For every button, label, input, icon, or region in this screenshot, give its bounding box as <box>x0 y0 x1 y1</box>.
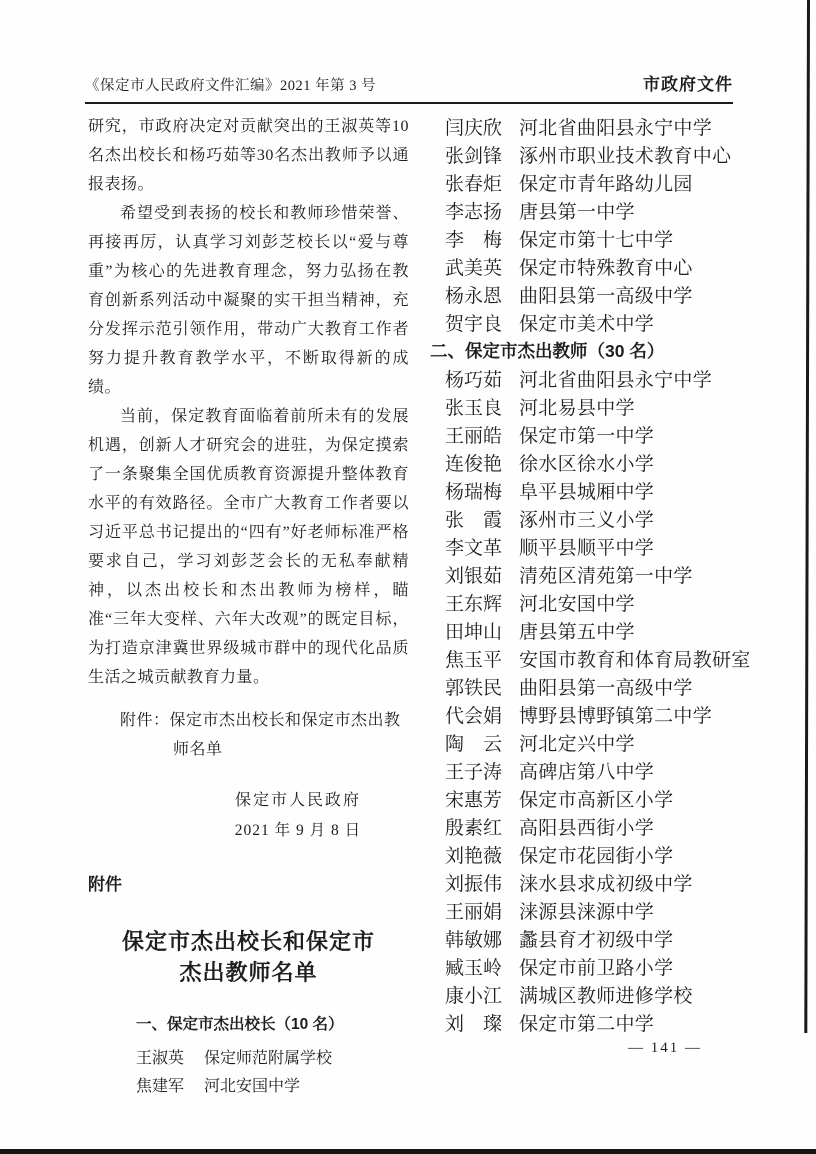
person-name: 焦玉平 <box>445 645 505 672</box>
document-page: 《保定市人民政府文件汇编》2021 年第 3 号 市政府文件 研究，市政府决定对… <box>0 0 816 1154</box>
school-name: 涿州市职业技术教育中心 <box>519 141 731 168</box>
roster-entry: 李文革 顺平县顺平中学 <box>445 532 750 560</box>
roster-entry: 臧玉岭 保定市前卫路小学 <box>445 952 750 980</box>
left-column: 研究，市政府决定对贡献突出的王淑英等10名杰出校长和杨巧茹等30名杰出教师予以通… <box>88 112 409 1098</box>
person-name: 刘 璨 <box>445 1009 505 1036</box>
roster-entry: 张 霞 涿州市三义小学 <box>445 504 750 532</box>
scan-artifact-right-edge <box>804 0 810 1033</box>
school-name: 保定市高新区小学 <box>519 785 673 812</box>
school-name: 曲阳县第一高级中学 <box>519 281 693 308</box>
person-name: 李志扬 <box>445 197 505 224</box>
person-name: 闫庆欣 <box>445 113 505 140</box>
attachment-note: 附件：保定市杰出校长和保定市杰出教师名单 <box>88 706 409 764</box>
person-name: 田坤山 <box>445 617 505 644</box>
school-name: 安国市教育和体育局教研室 <box>519 645 751 672</box>
school-name: 唐县第一中学 <box>519 197 635 224</box>
compilation-title: 《保定市人民政府文件汇编》2021 年第 3 号 <box>85 74 376 95</box>
school-name: 保定市第二中学 <box>519 1009 654 1036</box>
school-name: 河北安国中学 <box>519 589 635 616</box>
person-name: 张 霞 <box>445 505 505 532</box>
body-paragraph-opening: 研究，市政府决定对贡献突出的王淑英等10名杰出校长和杨巧茹等30名杰出教师予以通… <box>88 112 409 199</box>
school-name: 高阳县西街小学 <box>519 813 654 840</box>
roster-entry: 宋惠芳 保定市高新区小学 <box>445 784 750 812</box>
school-name: 涿州市三义小学 <box>519 505 654 532</box>
school-name: 高碑店第八中学 <box>519 757 654 784</box>
school-name: 保定市第一中学 <box>519 421 654 448</box>
roster-entry: 张春炬 保定市青年路幼儿园 <box>445 168 750 196</box>
roster-entry: 李志扬 唐县第一中学 <box>445 196 750 224</box>
roster-entry: 闫庆欣 河北省曲阳县永宁中学 <box>445 112 750 140</box>
appendix-title-line1: 保定市杰出校长和保定市 <box>88 926 409 957</box>
roster-entry: 焦建军 河北安国中学 <box>136 1070 409 1098</box>
school-name: 河北省曲阳县永宁中学 <box>519 113 712 140</box>
roster-entry: 李 梅 保定市第十七中学 <box>445 224 750 252</box>
roster-entry: 杨巧茹 河北省曲阳县永宁中学 <box>445 364 750 392</box>
person-name: 王丽皓 <box>445 421 505 448</box>
signature-date: 2021 年 9 月 8 日 <box>198 816 398 846</box>
person-name: 康小江 <box>445 981 505 1008</box>
person-name: 张玉良 <box>445 393 505 420</box>
school-name: 曲阳县第一高级中学 <box>519 673 693 700</box>
person-name: 杨瑞梅 <box>445 477 505 504</box>
roster-entry: 刘银茹 清苑区清苑第一中学 <box>445 560 750 588</box>
person-name: 连俊艳 <box>445 449 505 476</box>
person-name: 杨巧茹 <box>445 365 505 392</box>
roster-entry: 刘 璨 保定市第二中学 <box>445 1008 750 1036</box>
person-name: 殷素红 <box>445 813 505 840</box>
person-name: 李文革 <box>445 533 505 560</box>
school-name: 保定市青年路幼儿园 <box>519 169 693 196</box>
person-name: 刘艳薇 <box>445 841 505 868</box>
person-name: 焦建军 <box>136 1073 186 1096</box>
roster-entry: 陶 云 河北定兴中学 <box>445 728 750 756</box>
roster-entry: 王东辉 河北安国中学 <box>445 588 750 616</box>
page-number: — 141 — <box>628 1040 702 1057</box>
person-name: 张剑锋 <box>445 141 505 168</box>
roster-entry: 代会娟 博野县博野镇第二中学 <box>445 700 750 728</box>
person-name: 郭铁民 <box>445 673 505 700</box>
signature-block: 保定市人民政府 2021 年 9 月 8 日 <box>198 786 398 846</box>
appendix-title-line2: 杰出教师名单 <box>88 957 409 988</box>
roster-entry: 康小江 满城区教师进修学校 <box>445 980 750 1008</box>
roster-entry: 张玉良 河北易县中学 <box>445 392 750 420</box>
school-name: 保定市特殊教育中心 <box>519 253 693 280</box>
person-name: 代会娟 <box>445 701 505 728</box>
roster-entry: 王子涛 高碑店第八中学 <box>445 756 750 784</box>
roster-entry: 郭铁民 曲阳县第一高级中学 <box>445 672 750 700</box>
person-name: 宋惠芳 <box>445 785 505 812</box>
school-name: 保定市美术中学 <box>519 309 654 336</box>
school-name: 徐水区徐水小学 <box>519 449 654 476</box>
roster-entry: 田坤山 唐县第五中学 <box>445 616 750 644</box>
person-name: 刘银茹 <box>445 561 505 588</box>
roster-entry: 韩敏娜 蠡县育才初级中学 <box>445 924 750 952</box>
school-name: 河北易县中学 <box>519 393 635 420</box>
roster-entry: 王丽皓 保定市第一中学 <box>445 420 750 448</box>
body-paragraphs: 希望受到表扬的校长和教师珍惜荣誉、再接再厉，认真学习刘彭芝校长以“爱与尊重”为核… <box>88 199 409 692</box>
person-name: 王丽娟 <box>445 897 505 924</box>
appendix-title: 保定市杰出校长和保定市 杰出教师名单 <box>88 926 409 988</box>
scan-artifact-bottom-edge <box>0 1149 816 1154</box>
roster-entry: 焦玉平 安国市教育和体育局教研室 <box>445 644 750 672</box>
school-name: 唐县第五中学 <box>519 617 635 644</box>
roster-entry: 刘振伟 涞水县求成初级中学 <box>445 868 750 896</box>
roster-entry: 杨永恩 曲阳县第一高级中学 <box>445 280 750 308</box>
page-header: 《保定市人民政府文件汇编》2021 年第 3 号 市政府文件 <box>85 70 733 104</box>
person-name: 韩敏娜 <box>445 925 505 952</box>
teachers-list: 杨巧茹 河北省曲阳县永宁中学 张玉良 河北易县中学 王丽皓 保定市第一中学 连俊… <box>430 364 750 1036</box>
roster-entry: 张剑锋 涿州市职业技术教育中心 <box>445 140 750 168</box>
roster-entry: 杨瑞梅 阜平县城厢中学 <box>445 476 750 504</box>
section-heading-teachers: 二、保定市杰出教师（30 名） <box>430 336 750 364</box>
roster-entry: 连俊艳 徐水区徐水小学 <box>445 448 750 476</box>
school-name: 河北省曲阳县永宁中学 <box>519 365 712 392</box>
roster-entry: 王丽娟 涞源县涞源中学 <box>445 896 750 924</box>
person-name: 王淑英 <box>136 1045 186 1068</box>
school-name: 保定市前卫路小学 <box>519 953 673 980</box>
body-paragraph: 希望受到表扬的校长和教师珍惜荣誉、再接再厉，认真学习刘彭芝校长以“爱与尊重”为核… <box>88 199 409 402</box>
signature-issuer: 保定市人民政府 <box>198 786 398 816</box>
body-paragraph: 当前，保定教育面临着前所未有的发展机遇，创新人才研究会的进驻，为保定摸索了一条聚… <box>88 402 409 692</box>
school-name: 博野县博野镇第二中学 <box>519 701 712 728</box>
school-name: 河北定兴中学 <box>519 729 635 756</box>
school-name: 满城区教师进修学校 <box>519 981 693 1008</box>
principals-list-left: 王淑英 保定师范附属学校 焦建军 河北安国中学 <box>88 1042 409 1098</box>
person-name: 刘振伟 <box>445 869 505 896</box>
roster-entry: 武美英 保定市特殊教育中心 <box>445 252 750 280</box>
school-name: 涞源县涞源中学 <box>519 897 654 924</box>
person-name: 武美英 <box>445 253 505 280</box>
school-name: 保定师范附属学校 <box>204 1045 332 1068</box>
roster-entry: 王淑英 保定师范附属学校 <box>136 1042 409 1070</box>
person-name: 杨永恩 <box>445 281 505 308</box>
school-name: 涞水县求成初级中学 <box>519 869 693 896</box>
school-name: 清苑区清苑第一中学 <box>519 561 693 588</box>
appendix-label: 附件 <box>88 872 409 898</box>
roster-entry: 殷素红 高阳县西街小学 <box>445 812 750 840</box>
school-name: 顺平县顺平中学 <box>519 533 654 560</box>
person-name: 陶 云 <box>445 729 505 756</box>
right-column: 闫庆欣 河北省曲阳县永宁中学 张剑锋 涿州市职业技术教育中心 张春炬 保定市青年… <box>430 112 750 1036</box>
person-name: 张春炬 <box>445 169 505 196</box>
section-heading-principals: 一、保定市杰出校长（10 名） <box>136 1012 409 1038</box>
category-label: 市政府文件 <box>643 70 733 95</box>
roster-entry: 刘艳薇 保定市花园街小学 <box>445 840 750 868</box>
person-name: 臧玉岭 <box>445 953 505 980</box>
person-name: 贺宇良 <box>445 309 505 336</box>
roster-entry: 贺宇良 保定市美术中学 <box>445 308 750 336</box>
school-name: 河北安国中学 <box>204 1073 300 1096</box>
principals-list-continued: 闫庆欣 河北省曲阳县永宁中学 张剑锋 涿州市职业技术教育中心 张春炬 保定市青年… <box>430 112 750 336</box>
school-name: 保定市第十七中学 <box>519 225 673 252</box>
person-name: 王子涛 <box>445 757 505 784</box>
school-name: 蠡县育才初级中学 <box>519 925 673 952</box>
person-name: 李 梅 <box>445 225 505 252</box>
school-name: 保定市花园街小学 <box>519 841 673 868</box>
school-name: 阜平县城厢中学 <box>519 477 654 504</box>
person-name: 王东辉 <box>445 589 505 616</box>
